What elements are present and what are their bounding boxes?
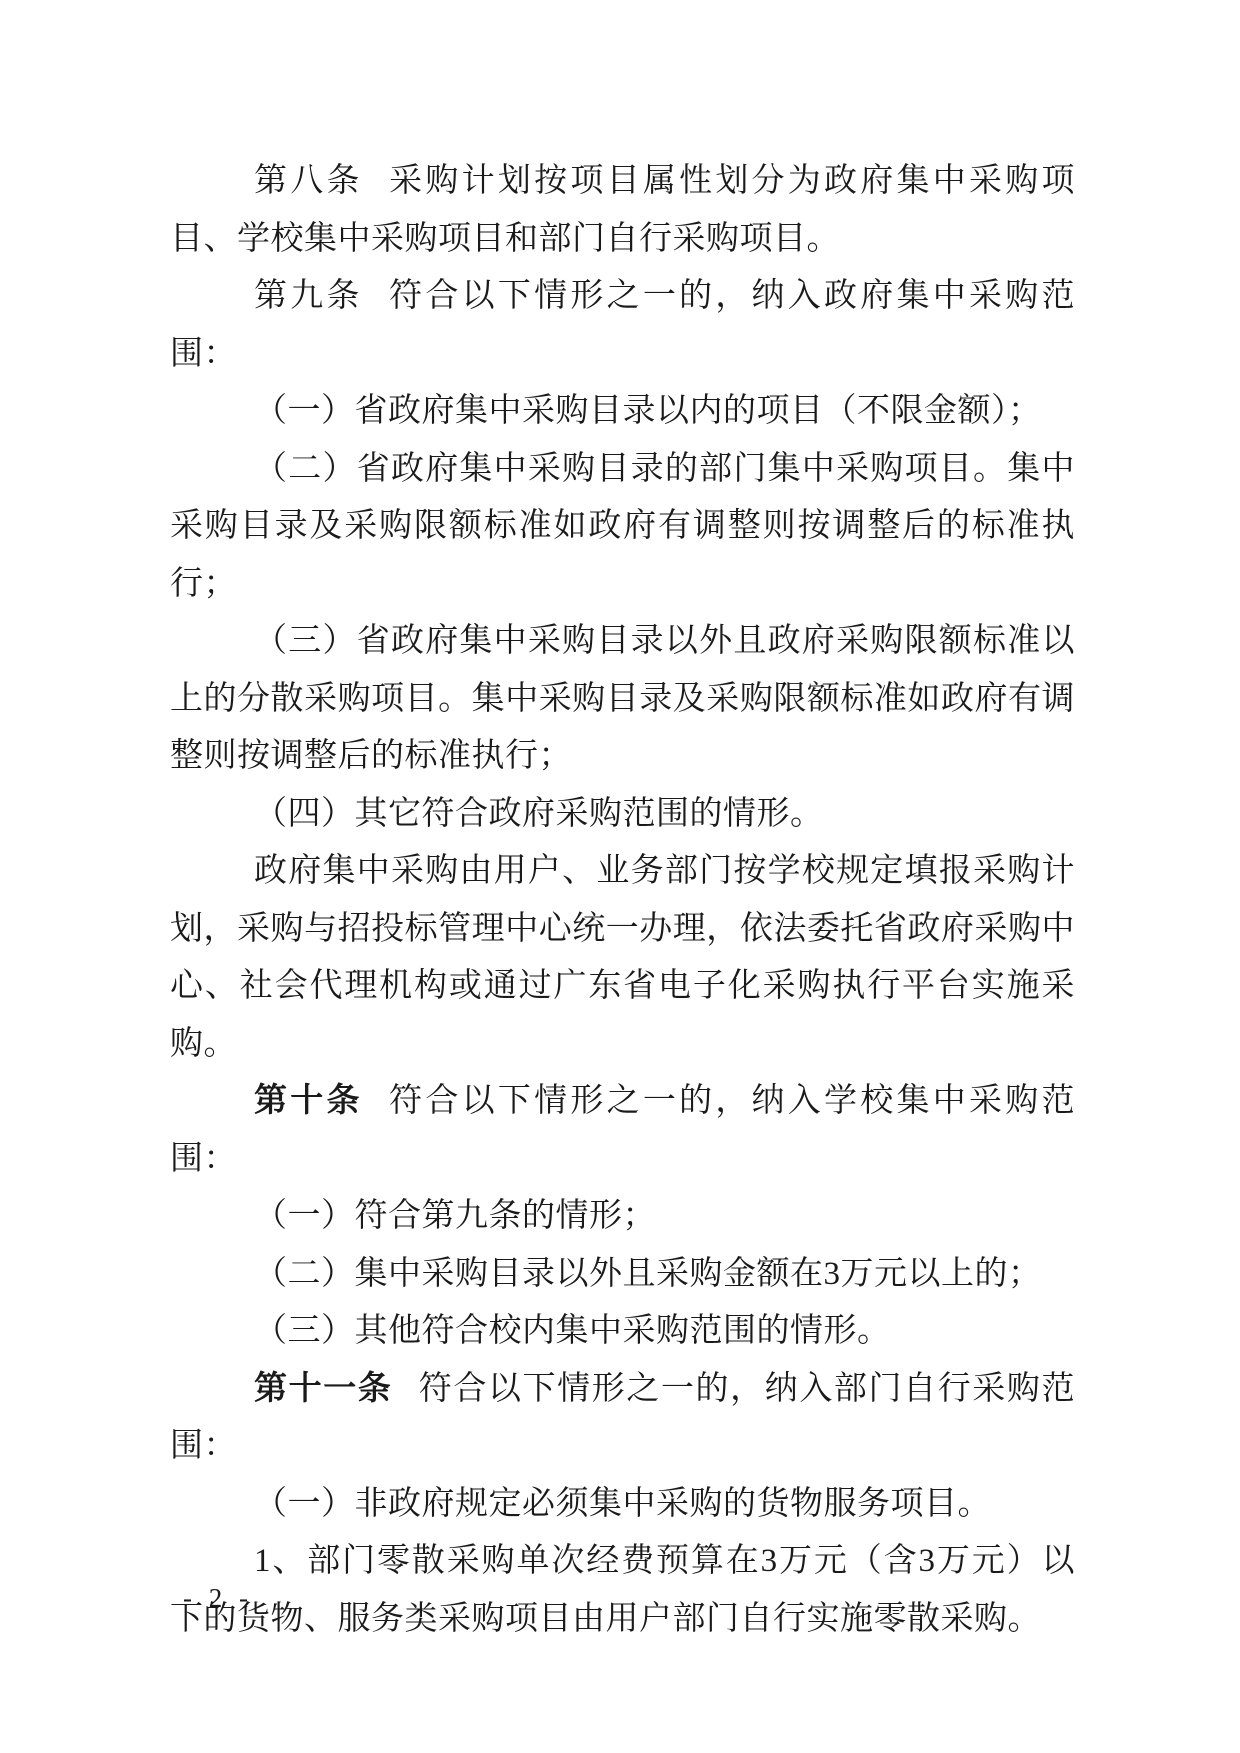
document-body: 第八条采购计划按项目属性划分为政府集中采购项目、学校集中采购项目和部门自行采购项… xyxy=(170,153,1075,1648)
paragraph-text: 1、部门零散采购单次经费预算在3万元（含3万元）以下的货物、服务类采购项目由用户… xyxy=(170,1543,1075,1637)
paragraph: （二）省政府集中采购目录的部门集中采购项目。集中采购目录及采购限额标准如政府有调… xyxy=(170,441,1075,614)
document-page: { "page": { "background_color": "#ffffff… xyxy=(0,0,1240,1753)
paragraph: （二）集中采购目录以外且采购金额在3万元以上的； xyxy=(170,1246,1075,1304)
article-number: 第九条 xyxy=(254,278,363,314)
paragraph-text: （一）符合第九条的情形； xyxy=(254,1198,656,1234)
paragraph: （三）其他符合校内集中采购范围的情形。 xyxy=(170,1303,1075,1361)
paragraph: 政府集中采购由用户、业务部门按学校规定填报采购计划，采购与招投标管理中心统一办理… xyxy=(170,843,1075,1073)
paragraph: 第九条符合以下情形之一的，纳入政府集中采购范围： xyxy=(170,268,1075,383)
page-number: - 2 - xyxy=(183,1582,253,1614)
paragraph: （四）其它符合政府采购范围的情形。 xyxy=(170,786,1075,844)
paragraph-text: （二）集中采购目录以外且采购金额在3万元以上的； xyxy=(254,1256,1042,1292)
article-number: 第十一条 xyxy=(254,1371,392,1407)
paragraph-text: （一）省政府集中采购目录以内的项目（不限金额）； xyxy=(254,393,1042,429)
paragraph: （一）非政府规定必须集中采购的货物服务项目。 xyxy=(170,1476,1075,1534)
paragraph-text: （四）其它符合政府采购范围的情形。 xyxy=(254,796,824,832)
paragraph: 第八条采购计划按项目属性划分为政府集中采购项目、学校集中采购项目和部门自行采购项… xyxy=(170,153,1075,268)
paragraph: 第十条符合以下情形之一的，纳入学校集中采购范围： xyxy=(170,1073,1075,1188)
paragraph-text: （一）非政府规定必须集中采购的货物服务项目。 xyxy=(254,1486,991,1522)
paragraph: 第十一条符合以下情形之一的，纳入部门自行采购范围： xyxy=(170,1361,1075,1476)
paragraph-text: （二）省政府集中采购目录的部门集中采购项目。集中采购目录及采购限额标准如政府有调… xyxy=(170,451,1075,602)
paragraph-text: （三）省政府集中采购目录以外且政府采购限额标准以上的分散采购项目。集中采购目录及… xyxy=(170,623,1075,774)
paragraph: （一）符合第九条的情形； xyxy=(170,1188,1075,1246)
paragraph: （三）省政府集中采购目录以外且政府采购限额标准以上的分散采购项目。集中采购目录及… xyxy=(170,613,1075,786)
article-number: 第十条 xyxy=(254,1083,363,1119)
paragraph-text: （三）其他符合校内集中采购范围的情形。 xyxy=(254,1313,891,1349)
paragraph: （一）省政府集中采购目录以内的项目（不限金额）； xyxy=(170,383,1075,441)
paragraph: 1、部门零散采购单次经费预算在3万元（含3万元）以下的货物、服务类采购项目由用户… xyxy=(170,1533,1075,1648)
paragraph-text: 政府集中采购由用户、业务部门按学校规定填报采购计划，采购与招投标管理中心统一办理… xyxy=(170,853,1075,1062)
article-number: 第八条 xyxy=(254,163,363,199)
